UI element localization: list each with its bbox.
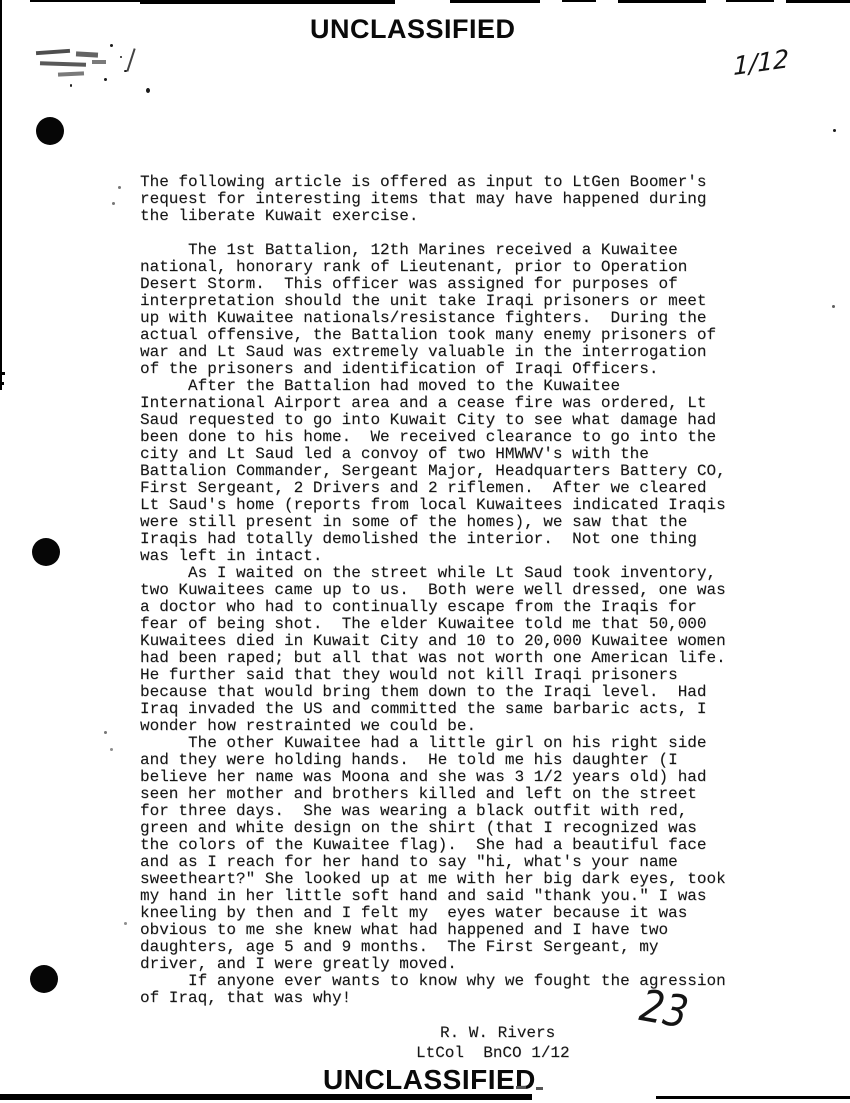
scan-left-edge bbox=[0, 0, 2, 390]
scan-bottom-edge bbox=[0, 1094, 532, 1100]
scan-top-edge bbox=[562, 0, 596, 2]
scan-speck bbox=[118, 186, 121, 189]
scanned-document-page: UNCLASSIFIED 1/12 The following article … bbox=[0, 0, 850, 1103]
hole-punch-mark bbox=[36, 117, 64, 145]
signature-title: LtCol BnCO 1/12 bbox=[416, 1044, 570, 1062]
scan-top-edge bbox=[786, 0, 850, 3]
scan-top-edge bbox=[30, 0, 140, 2]
scan-speck bbox=[516, 1086, 526, 1089]
signature-name: R. W. Rivers bbox=[440, 1024, 555, 1042]
scan-top-edge bbox=[618, 0, 706, 3]
hole-punch-mark bbox=[30, 965, 58, 993]
handwritten-page-fraction: 1/12 bbox=[733, 44, 789, 81]
document-body: The following article is offered as inpu… bbox=[140, 174, 726, 1007]
scan-speck bbox=[112, 202, 115, 205]
classification-header: UNCLASSIFIED bbox=[310, 14, 516, 45]
scan-top-edge bbox=[726, 0, 774, 2]
scan-speck bbox=[124, 922, 127, 925]
classification-footer: UNCLASSIFIED bbox=[323, 1064, 536, 1096]
handwritten-page-number: 23 bbox=[636, 980, 692, 1038]
scan-top-edge bbox=[450, 0, 540, 3]
scan-top-edge bbox=[140, 0, 395, 4]
scan-speck bbox=[110, 748, 113, 751]
scan-speck bbox=[536, 1087, 543, 1090]
scan-speck bbox=[832, 305, 835, 308]
scan-speck bbox=[833, 129, 836, 132]
hole-punch-mark bbox=[32, 538, 60, 566]
scan-bottom-edge bbox=[656, 1096, 850, 1099]
scan-left-edge-tick bbox=[0, 382, 4, 385]
scan-left-edge-tick bbox=[0, 372, 5, 375]
scan-speck bbox=[104, 731, 107, 734]
